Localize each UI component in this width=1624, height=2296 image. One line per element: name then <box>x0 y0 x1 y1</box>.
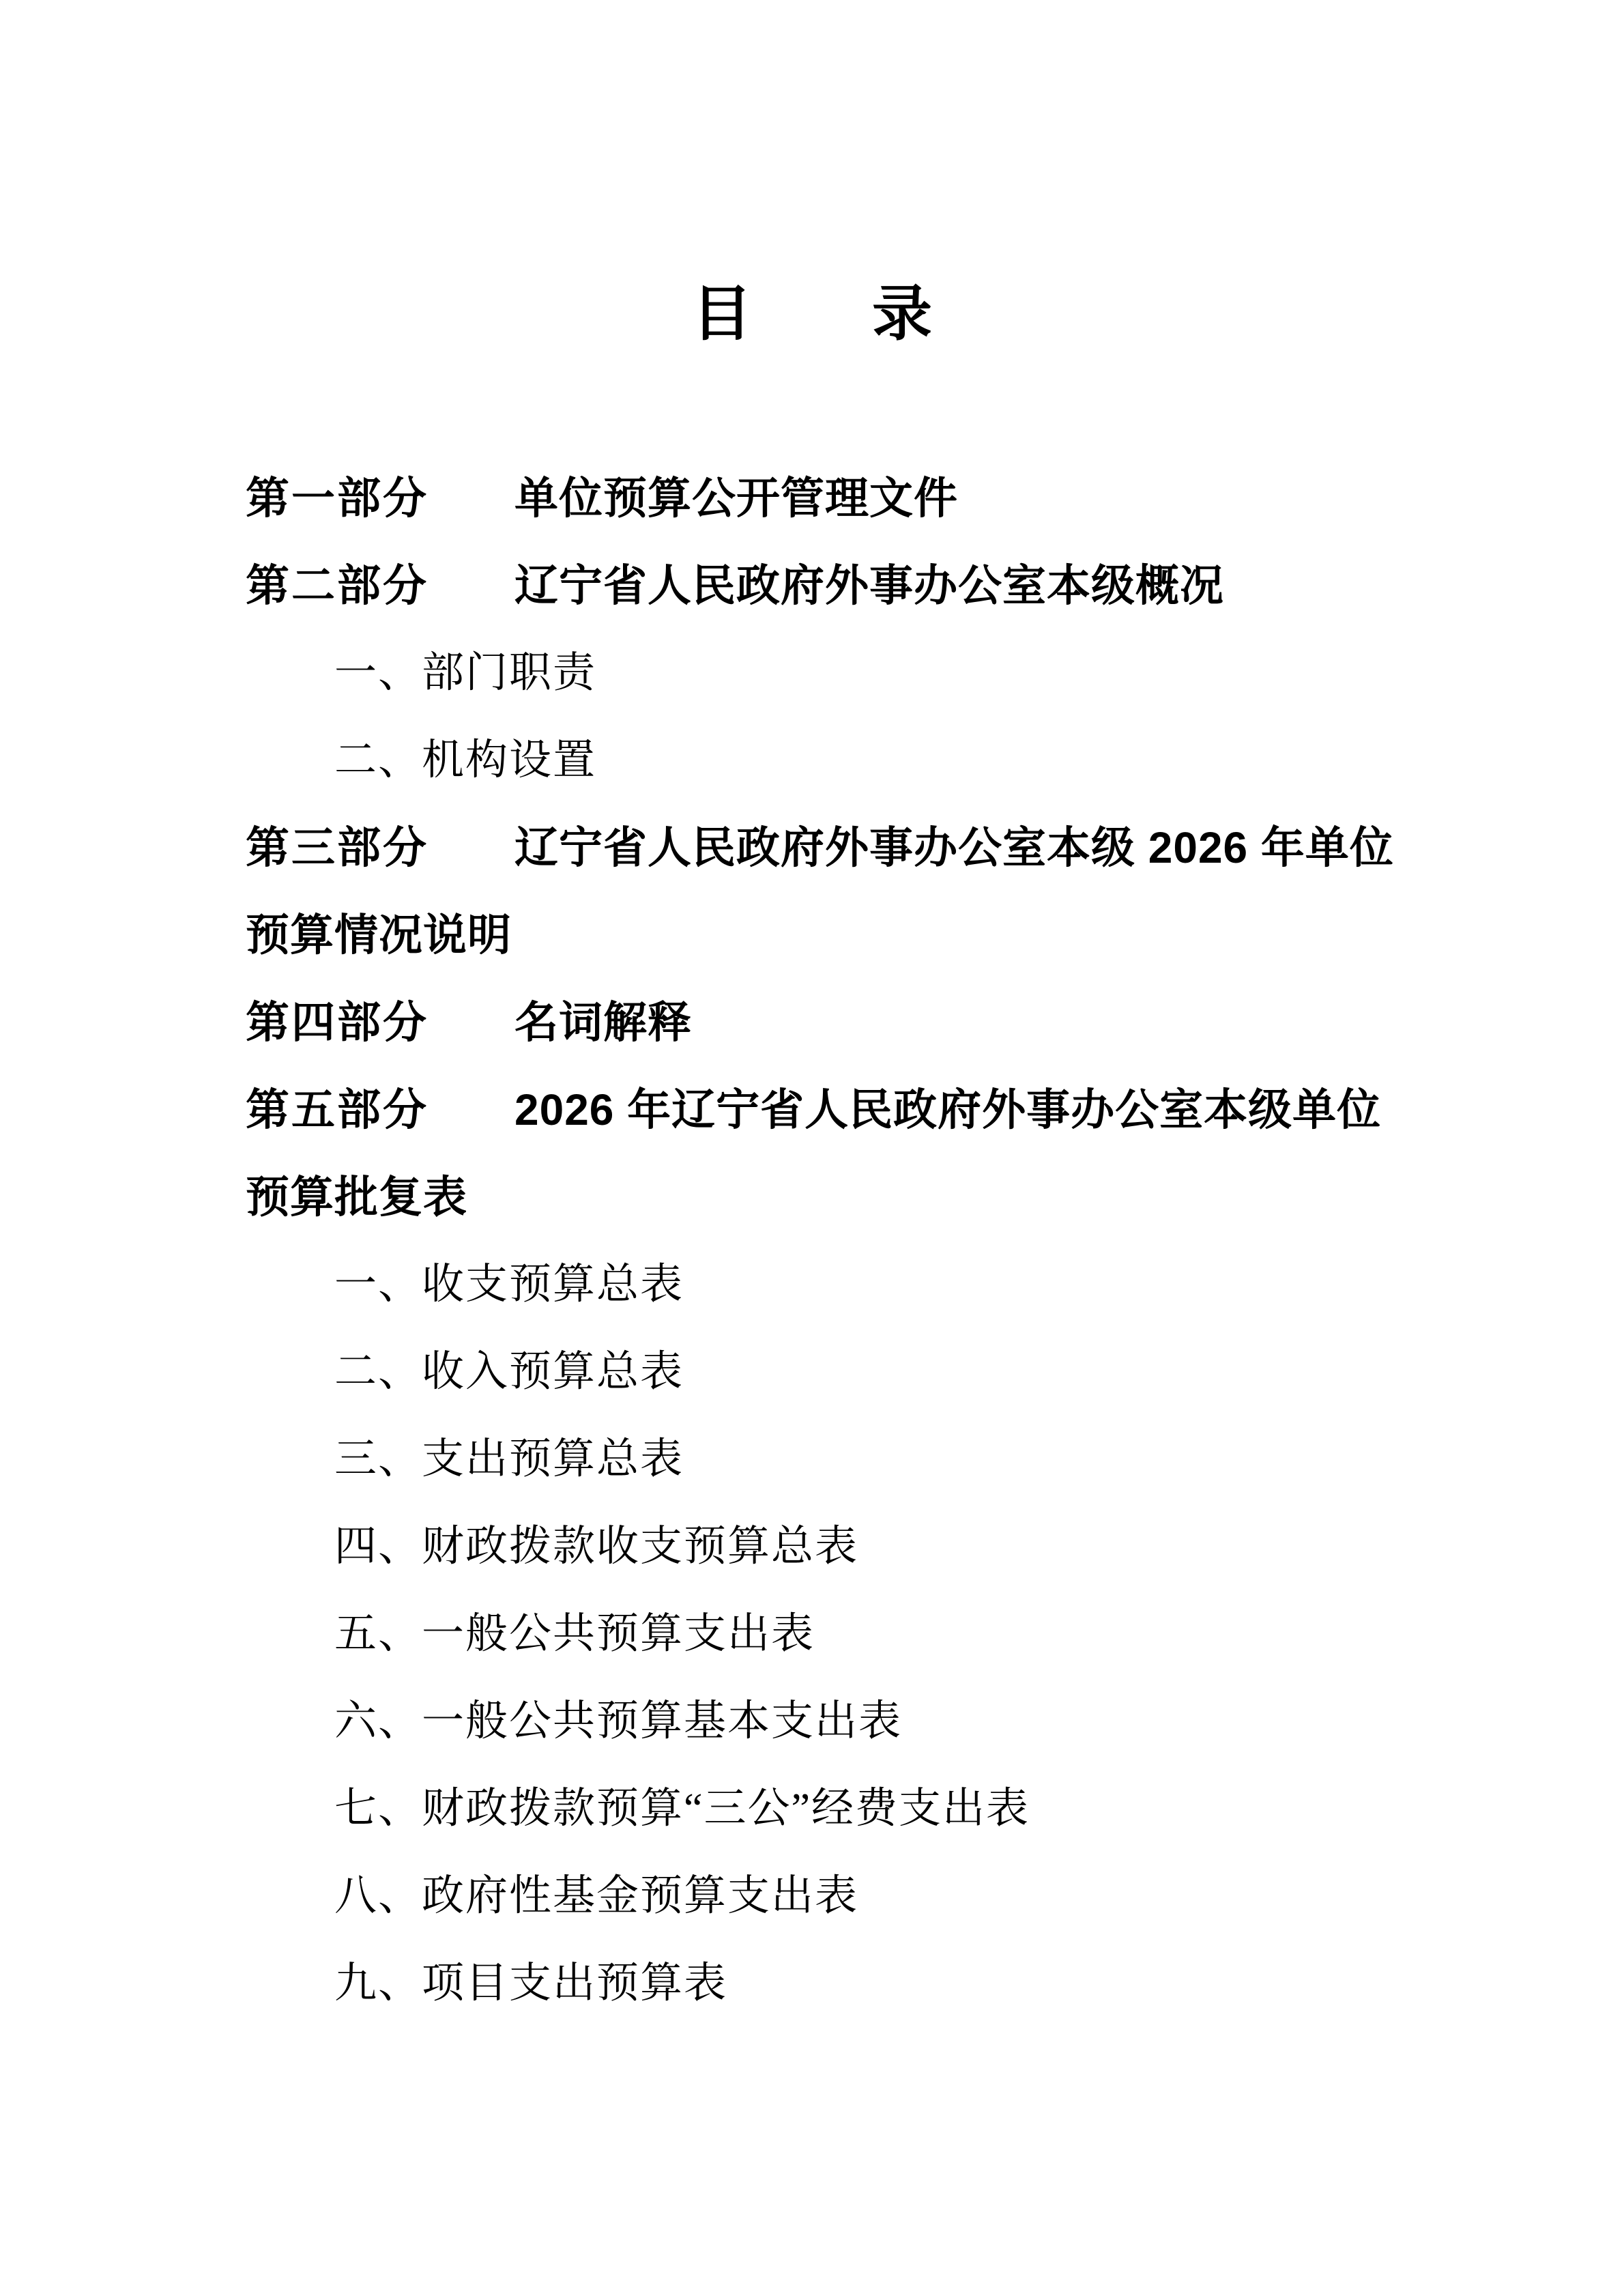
part-label: 第三部分 <box>246 804 514 891</box>
toc-entry-part-1: 第一部分单位预算公开管理文件 <box>246 455 1392 542</box>
toc-entry-sub-item: 六、一般公共预算基本支出表 <box>246 1678 1392 1765</box>
toc-entry-part-2: 第二部分辽宁省人民政府外事办公室本级概况 <box>246 542 1392 629</box>
toc-entry-sub-item: 一、部门职责 <box>246 629 1392 717</box>
toc-entry-sub-item: 九、项目支出预算表 <box>246 1940 1392 2027</box>
toc-entry-sub-item: 四、财政拨款收支预算总表 <box>246 1503 1392 1590</box>
toc-entry-part-3-continuation: 预算情况说明 <box>246 891 1392 979</box>
toc-entry-sub-item: 二、收入预算总表 <box>246 1328 1392 1416</box>
part-heading-text: 辽宁省人民政府外事办公室本级概况 <box>514 561 1224 610</box>
part-label: 第四部分 <box>246 979 514 1066</box>
toc-entry-part-5: 第五部分2026 年辽宁省人民政府外事办公室本级单位 <box>246 1066 1392 1153</box>
toc-entry-part-4: 第四部分名词解释 <box>246 979 1392 1066</box>
part-heading-text: 辽宁省人民政府外事办公室本级 2026 年单位 <box>514 823 1394 872</box>
toc-entry-sub-item: 二、机构设置 <box>246 717 1392 804</box>
toc-entry-part-3: 第三部分辽宁省人民政府外事办公室本级 2026 年单位 <box>246 804 1392 891</box>
part-heading-text: 名词解释 <box>514 998 692 1047</box>
part-label: 第五部分 <box>246 1066 514 1153</box>
page-title: 目 录 <box>0 274 1624 356</box>
toc-entry-sub-item: 七、财政拨款预算“三公”经费支出表 <box>246 1765 1392 1852</box>
toc-entry-part-5-continuation: 预算批复表 <box>246 1153 1392 1241</box>
toc-entry-sub-item: 五、一般公共预算支出表 <box>246 1590 1392 1678</box>
toc-entry-sub-item: 一、收支预算总表 <box>246 1241 1392 1328</box>
part-label: 第一部分 <box>246 455 514 542</box>
toc-entry-sub-item: 三、支出预算总表 <box>246 1416 1392 1503</box>
part-label: 第二部分 <box>246 542 514 629</box>
document-page: 目 录 第一部分单位预算公开管理文件 第二部分辽宁省人民政府外事办公室本级概况 … <box>0 0 1624 2296</box>
part-heading-text: 单位预算公开管理文件 <box>514 474 958 523</box>
table-of-contents: 第一部分单位预算公开管理文件 第二部分辽宁省人民政府外事办公室本级概况 一、部门… <box>246 455 1392 2027</box>
toc-entry-sub-item: 八、政府性基金预算支出表 <box>246 1852 1392 1940</box>
part-heading-text: 2026 年辽宁省人民政府外事办公室本级单位 <box>514 1085 1381 1134</box>
